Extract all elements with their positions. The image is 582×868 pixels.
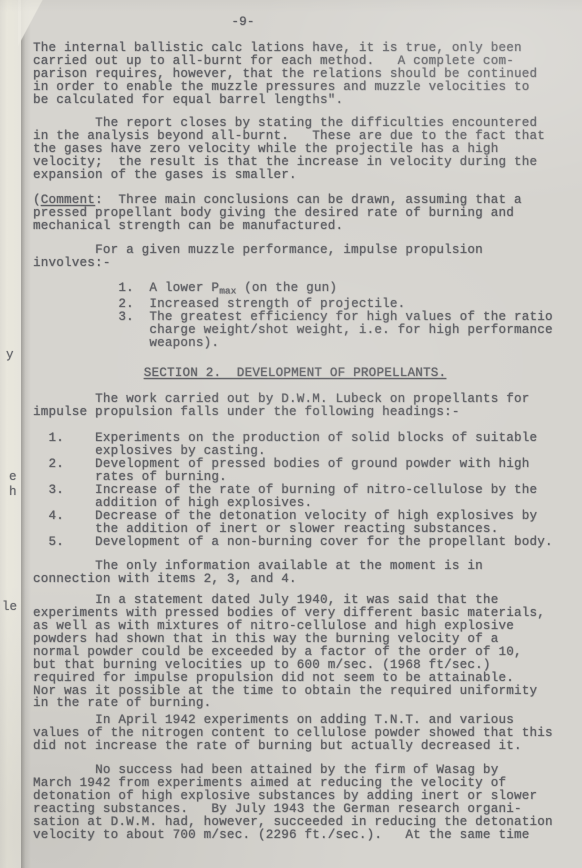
para-work-lubeck: The work carried out by D.W.M. Lubeck on… (33, 393, 582, 419)
page-number: -9- (33, 16, 582, 29)
adjacent-page-text-fragment: y (6, 349, 14, 362)
para-internal-ballistics: The internal ballistic calc lations have… (33, 42, 582, 107)
para-comment: (Comment: Three main conclusions can be … (33, 194, 582, 233)
para-statement-july-1940: In a statement dated July 1940, it was s… (33, 594, 582, 710)
para-muzzle-performance: For a given muzzle performance, impulse … (33, 244, 582, 270)
para-only-information: The only information available at the mo… (33, 560, 582, 586)
scanned-document-page: yehle -9-The internal ballistic calc lat… (0, 0, 582, 868)
para-report-closes: The report closes by stating the difficu… (33, 117, 582, 182)
list-impulse-involves: 1. A lower Pmax (on the gun) 2. Increase… (33, 282, 582, 350)
scanner-underpage-strip (0, 0, 21, 868)
adjacent-page-text-fragment: h (9, 486, 17, 499)
typewritten-text: -9-The internal ballistic calc lations h… (33, 0, 582, 842)
heading-section-2: SECTION 2. DEVELOPMENT OF PROPELLANTS. (33, 367, 582, 380)
list-propellant-headings: 1. Experiments on the production of soli… (33, 432, 582, 548)
para-no-success: No success had been attained by the firm… (33, 764, 582, 841)
para-april-1942: In April 1942 experiments on adding T.N.… (33, 714, 582, 753)
adjacent-page-text-fragment: e (9, 471, 17, 484)
page-left-edge-shadow (21, 0, 31, 868)
adjacent-page-text-fragment: le (2, 601, 17, 614)
